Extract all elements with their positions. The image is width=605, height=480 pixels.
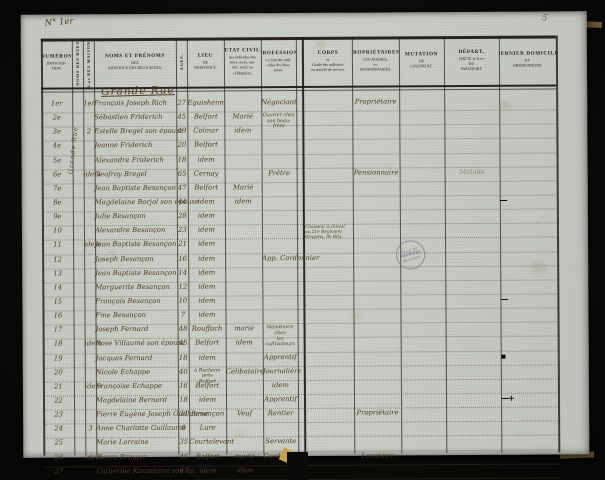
cell-maisons: 2 <box>83 129 94 136</box>
cell-proprietaires: Pensionnaire <box>353 169 400 176</box>
column-header-line: PENSIONNAIRES. <box>360 68 391 73</box>
column-header-line: ETAT CIVIL <box>225 47 261 55</box>
table-header: NUMÉROSD'INSCRIP-TION.NOMS DES RUES.N.os… <box>21 11 587 14</box>
cell-lieu: Belfort <box>189 340 226 347</box>
cell-lieu: idem <box>188 156 225 163</box>
cell-profession: Apprentif <box>263 354 298 361</box>
cell-numeros: 18 <box>43 341 74 348</box>
cell-numeros: 21 <box>43 383 74 390</box>
cell-maisons: idem <box>84 242 95 249</box>
cell-ages: 21 <box>177 241 188 248</box>
cell-profession: idem <box>263 382 298 389</box>
cell-proprietaires: Locataire <box>354 452 401 459</box>
cell-lieu: Belfort <box>187 142 224 149</box>
cell-ages: 47 <box>178 467 189 474</box>
cell-profession: App. Cordonnier <box>262 255 297 262</box>
cell-numeros: 26 <box>43 454 74 461</box>
cell-ages: 48 <box>178 326 189 333</box>
cell-ages: 18 <box>177 156 188 163</box>
cell-numeros: 7e <box>42 185 73 192</box>
cell-etat: idem <box>224 128 261 135</box>
column-header-numeros: NUMÉROSD'INSCRIP-TION. <box>41 38 72 87</box>
cell-noms: Alexandre Besançon <box>95 227 177 235</box>
column-header-etat: ETAT CIVILdes individus desdeux sexes, m… <box>224 37 261 86</box>
cell-numeros: 24 <box>43 426 74 433</box>
cell-noms: Estelle Bregel son épouse <box>94 128 176 136</box>
cell-noms: François Besançon <box>95 298 177 306</box>
cell-etat: Veuf <box>226 410 263 417</box>
cell-lieu: Belfort <box>189 453 226 460</box>
cell-lieu: idem <box>188 227 225 234</box>
cell-proprietaires: Propriétaire <box>352 98 399 105</box>
cell-numeros: 3e <box>41 129 72 136</box>
column-header-line: PROFESSION <box>261 50 296 58</box>
cell-ages: 18 <box>178 354 189 361</box>
cell-lieu: Belfort <box>187 114 224 121</box>
cell-ages: 7 <box>177 312 188 319</box>
cell-ages: 10 <box>177 298 188 305</box>
cell-ages: 16 <box>178 383 189 390</box>
cell-noms: Jean Baptiste Besançon <box>95 185 177 193</box>
column-header-lieu: LIEUDENAISSANCE. <box>187 37 224 86</box>
cell-etat: Célibataire <box>226 368 263 375</box>
cell-lieu: Besançon <box>189 411 226 418</box>
cell-etat: idem <box>226 340 263 347</box>
column-header-line: INDIVIDUS DES DEUX SEXES. <box>108 66 162 72</box>
cell-lieu: idem <box>188 297 225 304</box>
cell-numeros: 22 <box>43 397 74 404</box>
cell-noms: Magdelaine Borjol son épouse <box>95 199 177 207</box>
column-header-label: AGES. <box>179 54 184 70</box>
cell-domicile: —+ <box>501 394 558 403</box>
cell-noms: Rose Villaumé son épouse <box>96 340 178 348</box>
cell-noms: Catherine Kanzelaire son ép. <box>96 467 178 475</box>
cell-lieu: idem <box>189 354 226 361</box>
cell-lieu: Rouffach <box>189 326 226 333</box>
column-header-mutation: MUTATIONDELOGEMENT. <box>399 36 444 85</box>
cell-noms: Geofroy Bregel <box>95 170 177 178</box>
cell-profession: Prêtre <box>262 170 297 177</box>
cell-numeros: 13 <box>42 270 73 277</box>
cell-numeros: 5e <box>42 157 73 164</box>
cell-noms: Alexandre Friderich <box>95 156 177 164</box>
column-header-noms: NOMS ET PRÉNOMSDESINDIVIDUS DES DEUX SEX… <box>94 38 176 87</box>
cell-numeros: 14 <box>42 284 73 291</box>
cell-ages: 34 <box>178 411 189 418</box>
cell-ages: 14 <box>177 269 188 276</box>
folio-number-note: N° 1er <box>44 16 74 28</box>
column-header-line: NOMS ET PRÉNOMS <box>105 53 165 61</box>
column-header-line: LOGEMENT. <box>410 65 432 70</box>
column-header-line: PASSEPORT. <box>461 67 483 72</box>
cell-numeros: 17 <box>43 327 74 334</box>
cell-noms: Jean Baptiste Besançon <box>95 241 177 249</box>
column-header-line: PROPRIÉTAIRES, <box>352 49 399 57</box>
cell-profession: Apprentif <box>263 396 298 403</box>
cell-numeros: 9e <box>42 214 73 221</box>
cell-ages: 45 <box>176 114 187 121</box>
column-header-line: CORPS <box>318 49 339 57</box>
register-page-scan: N° 1er 5 NUMÉROSD'INSCRIP-TION.NOMS DES … <box>21 11 590 457</box>
cell-lieu: idem <box>188 255 225 262</box>
cell-proprietaires: Propriétaire <box>354 410 401 417</box>
cell-numeros: 6e <box>42 171 73 178</box>
cell-noms: Anne Charlotte Guillaume <box>96 425 178 433</box>
cell-numeros: 16 <box>42 313 73 320</box>
cell-etat: Marié <box>225 184 262 191</box>
cell-ages: 8 <box>178 425 189 432</box>
cell-ages: 23 <box>177 227 188 234</box>
cell-domicile: ▪ <box>501 352 558 361</box>
cell-etat: idem <box>226 467 263 474</box>
cell-noms: Françoise Echappe <box>96 383 178 391</box>
cell-ages: 27 <box>176 100 187 107</box>
cell-numeros: 12 <box>42 256 73 263</box>
cell-noms: Jacques Fernard <box>96 354 178 362</box>
bookmark-tab <box>287 452 308 480</box>
register-rows: 1er1erFrançois Joseph Rich27EguisheimNég… <box>41 96 558 480</box>
cell-lieu: idem <box>188 213 225 220</box>
column-header-line: sexes. <box>274 68 283 73</box>
street-name-title: Grande Rue <box>101 84 175 98</box>
cell-domicile: — <box>500 295 557 304</box>
column-header-line: MUTATION <box>405 52 438 60</box>
cell-maisons: 1er <box>83 100 94 107</box>
cell-numeros: 8e <box>42 199 73 206</box>
cell-lieu: Belfort <box>188 184 225 191</box>
cell-numeros: 11 <box>42 242 73 249</box>
cell-maisons: idem <box>84 171 95 178</box>
column-header-line: DERNIER DOMICILE <box>499 51 556 59</box>
column-header-rues: NOMS DES RUES. <box>72 38 83 87</box>
cell-profession: Servante <box>263 438 298 445</box>
page-number-note: 5 <box>541 13 548 24</box>
column-header-line: en activité de service. <box>311 68 345 73</box>
cell-noms: Marguerite Besançon <box>95 284 177 292</box>
cell-numeros: 4e <box>41 143 72 150</box>
cell-maisons: 3 <box>85 426 96 433</box>
column-header-proprietaires: PROPRIÉTAIRES,LOCATAIRES,ouPENSIONNAIRES… <box>352 36 399 85</box>
cell-numeros: 23 <box>43 412 74 419</box>
cell-noms: Joseph Besançon <box>95 255 177 263</box>
column-header-line: NUMÉROS <box>41 54 72 62</box>
cell-noms: Fme Besançon <box>95 312 177 320</box>
cell-ages: 46 <box>178 453 189 460</box>
column-header-label: N.os DES MAISONS. <box>86 38 91 87</box>
cell-lieu: idem <box>188 241 225 248</box>
cell-noms: François Joseph Rich <box>94 100 176 108</box>
cell-profession: Rentier <box>263 410 298 417</box>
cell-ages: 47 <box>177 185 188 192</box>
cell-domicile: — <box>500 196 557 205</box>
column-header-corps: CORPSetGrade des militairesen activité d… <box>304 37 352 86</box>
cell-numeros: 15 <box>42 298 73 305</box>
photo-backdrop: { "colors":{"paper":"#c9cdc6","backdrop"… <box>0 0 605 480</box>
cell-depart: Malade <box>445 169 500 176</box>
cell-noms: Sébastien Friderich <box>94 114 176 122</box>
cell-lieu: Courtelevant <box>189 439 226 446</box>
cell-noms: Pierre Bringer <box>96 453 178 461</box>
cell-numeros: 19 <box>43 355 74 362</box>
cell-ages: 12 <box>177 284 188 291</box>
column-header-line: célibataires. <box>233 71 252 76</box>
cell-lieu: Eguisheim <box>187 99 224 106</box>
cell-numeros: 1er <box>41 100 72 107</box>
cell-noms: Marie Lorraine <box>96 439 178 447</box>
cell-noms: Joseph Fernard <box>96 326 178 334</box>
cell-numeros: 27 <box>43 468 74 475</box>
cell-lieu: idem <box>188 312 225 319</box>
cell-numeros: 2e <box>41 115 72 122</box>
cell-ages: 18 <box>178 397 189 404</box>
cell-lieu: Cernay <box>188 170 225 177</box>
cell-ages: 44 <box>177 199 188 206</box>
cell-maisons: idem <box>85 454 96 461</box>
cell-noms: Nicole Echappe <box>96 368 178 376</box>
cell-lieu: Lure <box>189 425 226 432</box>
cell-noms: Jeanne Friderich <box>94 142 176 150</box>
column-header-label: NOMS DES RUES. <box>75 40 80 86</box>
column-header-line: DÉPART, <box>458 49 484 57</box>
cell-ages: 45 <box>178 340 189 347</box>
cell-ages: 28 <box>177 213 188 220</box>
cell-ages: 40 <box>178 368 189 375</box>
column-header-ages: AGES. <box>176 38 187 87</box>
cell-profession: Négociant <box>261 99 296 106</box>
cell-ages: 20 <box>176 142 187 149</box>
cell-lieu: idem <box>188 269 225 276</box>
cell-maisons: idem <box>85 383 96 390</box>
cell-etat: marié <box>226 326 263 333</box>
column-header-line: OBSERVATIONS. <box>513 64 542 69</box>
cell-numeros: 25 <box>43 440 74 447</box>
cell-noms: Julie Besançon <box>95 213 177 221</box>
cell-etat: Marié <box>224 113 261 120</box>
cell-noms: Jean Baptiste Besançon <box>95 269 177 277</box>
cell-ages: 65 <box>177 170 188 177</box>
cell-numeros: 10 <box>42 228 73 235</box>
cell-noms: Magdelaine Bernard <box>96 397 178 405</box>
column-header-depart: DÉPART,DATTE et N.osDUPASSEPORT. <box>444 36 499 85</box>
cell-lieu: idem <box>189 396 226 403</box>
cell-lieu: Belfort <box>189 382 226 389</box>
cell-lieu: idem <box>189 467 226 474</box>
column-header-line: NAISSANCE. <box>194 66 217 71</box>
cell-lieu: idem <box>188 198 225 205</box>
cell-lieu: idem <box>188 283 225 290</box>
cell-profession: Journalière <box>263 368 298 375</box>
column-header-profession: PROFESSIONou Etat des indi-vidus des deu… <box>261 37 296 86</box>
column-header-line: LIEU <box>198 53 213 61</box>
cell-etat: idem <box>225 198 262 205</box>
column-header-domicile: DERNIER DOMICILEETOBSERVATIONS. <box>499 35 556 84</box>
cell-lieu: Colmar <box>187 128 224 135</box>
cell-ages: 35 <box>178 439 189 446</box>
cell-maisons: idem <box>85 341 96 348</box>
cell-ages: 16 <box>177 255 188 262</box>
cell-ages: 49 <box>176 128 187 135</box>
column-header-maisons: N.os DES MAISONS. <box>83 38 94 87</box>
column-header-line: TION. <box>51 67 61 72</box>
cell-numeros: 20 <box>43 369 74 376</box>
cell-etat: marié <box>226 453 263 460</box>
cell-noms: Pierre Eugène Joseph Guillaume <box>96 411 178 419</box>
